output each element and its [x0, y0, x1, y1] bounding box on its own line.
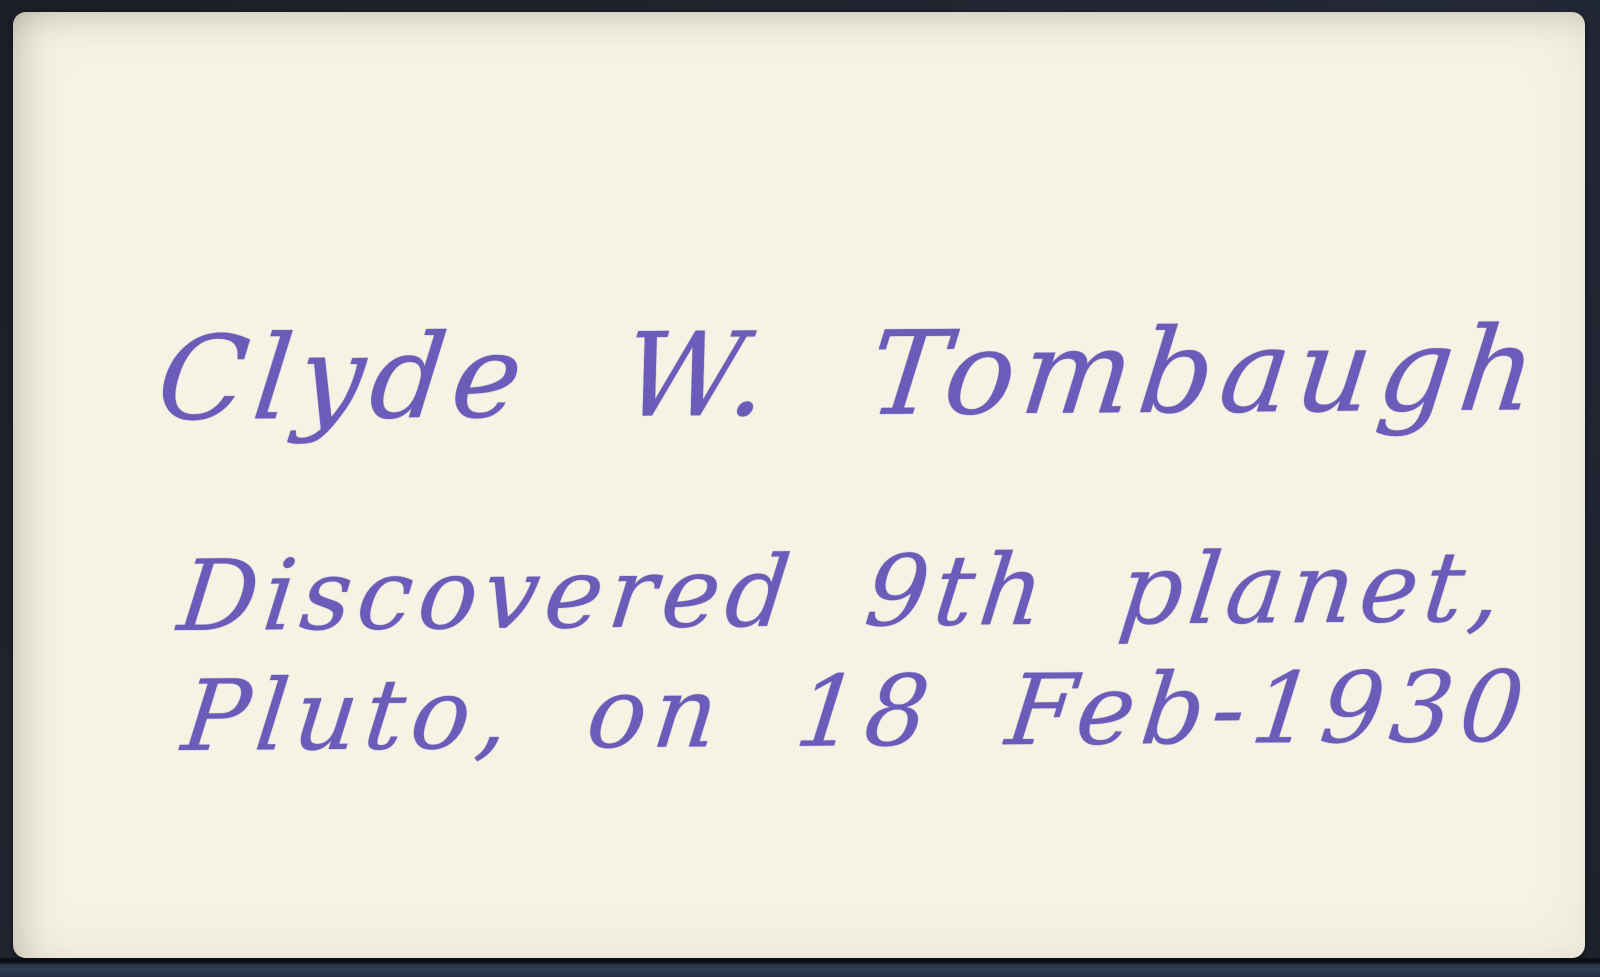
photo-backdrop: Clyde W. Tombaugh Discovered 9th planet,… [0, 0, 1600, 977]
inscription-line-2: Pluto, on 18 Feb-1930 [177, 651, 1536, 774]
inscription-line-1: Discovered 9th planet, [173, 531, 1514, 654]
shelf-edge [0, 958, 1600, 977]
index-card: Clyde W. Tombaugh Discovered 9th planet,… [13, 12, 1585, 958]
signature-line: Clyde W. Tombaugh [151, 302, 1550, 447]
